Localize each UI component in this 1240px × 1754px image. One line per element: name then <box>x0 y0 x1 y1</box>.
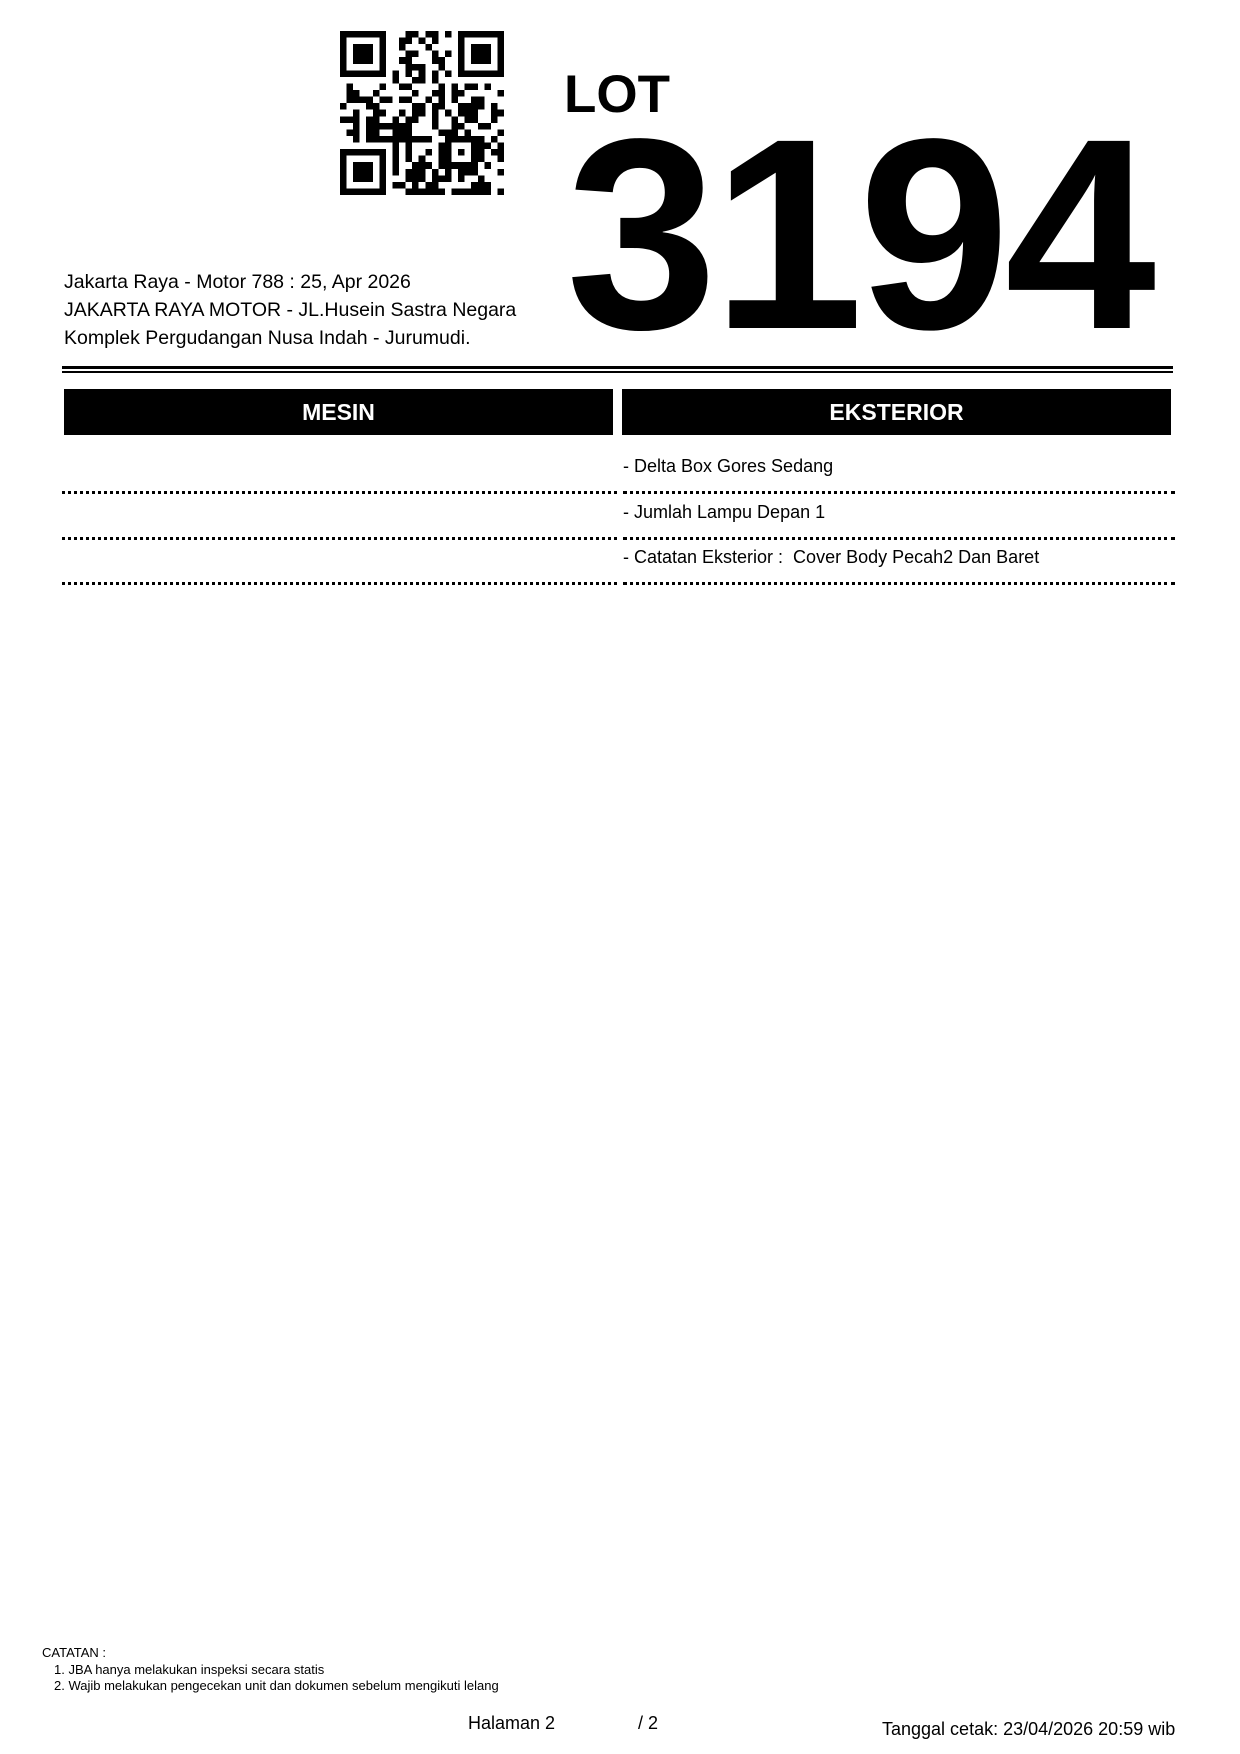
address-line-event: Jakarta Raya - Motor 788 : 25, Apr 2026 <box>64 268 516 296</box>
section-eksterior: EKSTERIOR <box>622 389 1171 435</box>
note-item: 1. JBA hanya melakukan inspeksi secara s… <box>42 1662 499 1679</box>
notes: CATATAN : 1. JBA hanya melakukan inspeks… <box>42 1645 499 1695</box>
list-item <box>62 448 617 494</box>
lot-number: 3194 <box>566 98 1151 370</box>
print-date: Tanggal cetak: 23/04/2026 20:59 wib <box>882 1719 1175 1740</box>
list-item: - Jumlah Lampu Depan 1 <box>623 494 1175 540</box>
auction-address: Jakarta Raya - Motor 788 : 25, Apr 2026 … <box>64 268 516 352</box>
note-item: 2. Wajib melakukan pengecekan unit dan d… <box>42 1678 499 1695</box>
page-total: / 2 <box>638 1713 658 1734</box>
page-number: Halaman 2 <box>468 1713 555 1734</box>
section-eksterior-title: EKSTERIOR <box>622 389 1171 435</box>
list-item <box>62 539 617 585</box>
list-item: - Delta Box Gores Sedang <box>623 448 1175 494</box>
header-divider <box>62 366 1173 373</box>
list-item: - Catatan Eksterior : Cover Body Pecah2 … <box>623 539 1175 585</box>
address-line-location: Komplek Pergudangan Nusa Indah - Jurumud… <box>64 324 516 352</box>
address-line-venue: JAKARTA RAYA MOTOR - JL.Husein Sastra Ne… <box>64 296 516 324</box>
section-mesin-title: MESIN <box>64 389 613 435</box>
section-mesin: MESIN <box>64 389 613 435</box>
notes-title: CATATAN : <box>42 1645 499 1662</box>
list-item <box>62 494 617 540</box>
qr-code-icon <box>340 31 504 195</box>
